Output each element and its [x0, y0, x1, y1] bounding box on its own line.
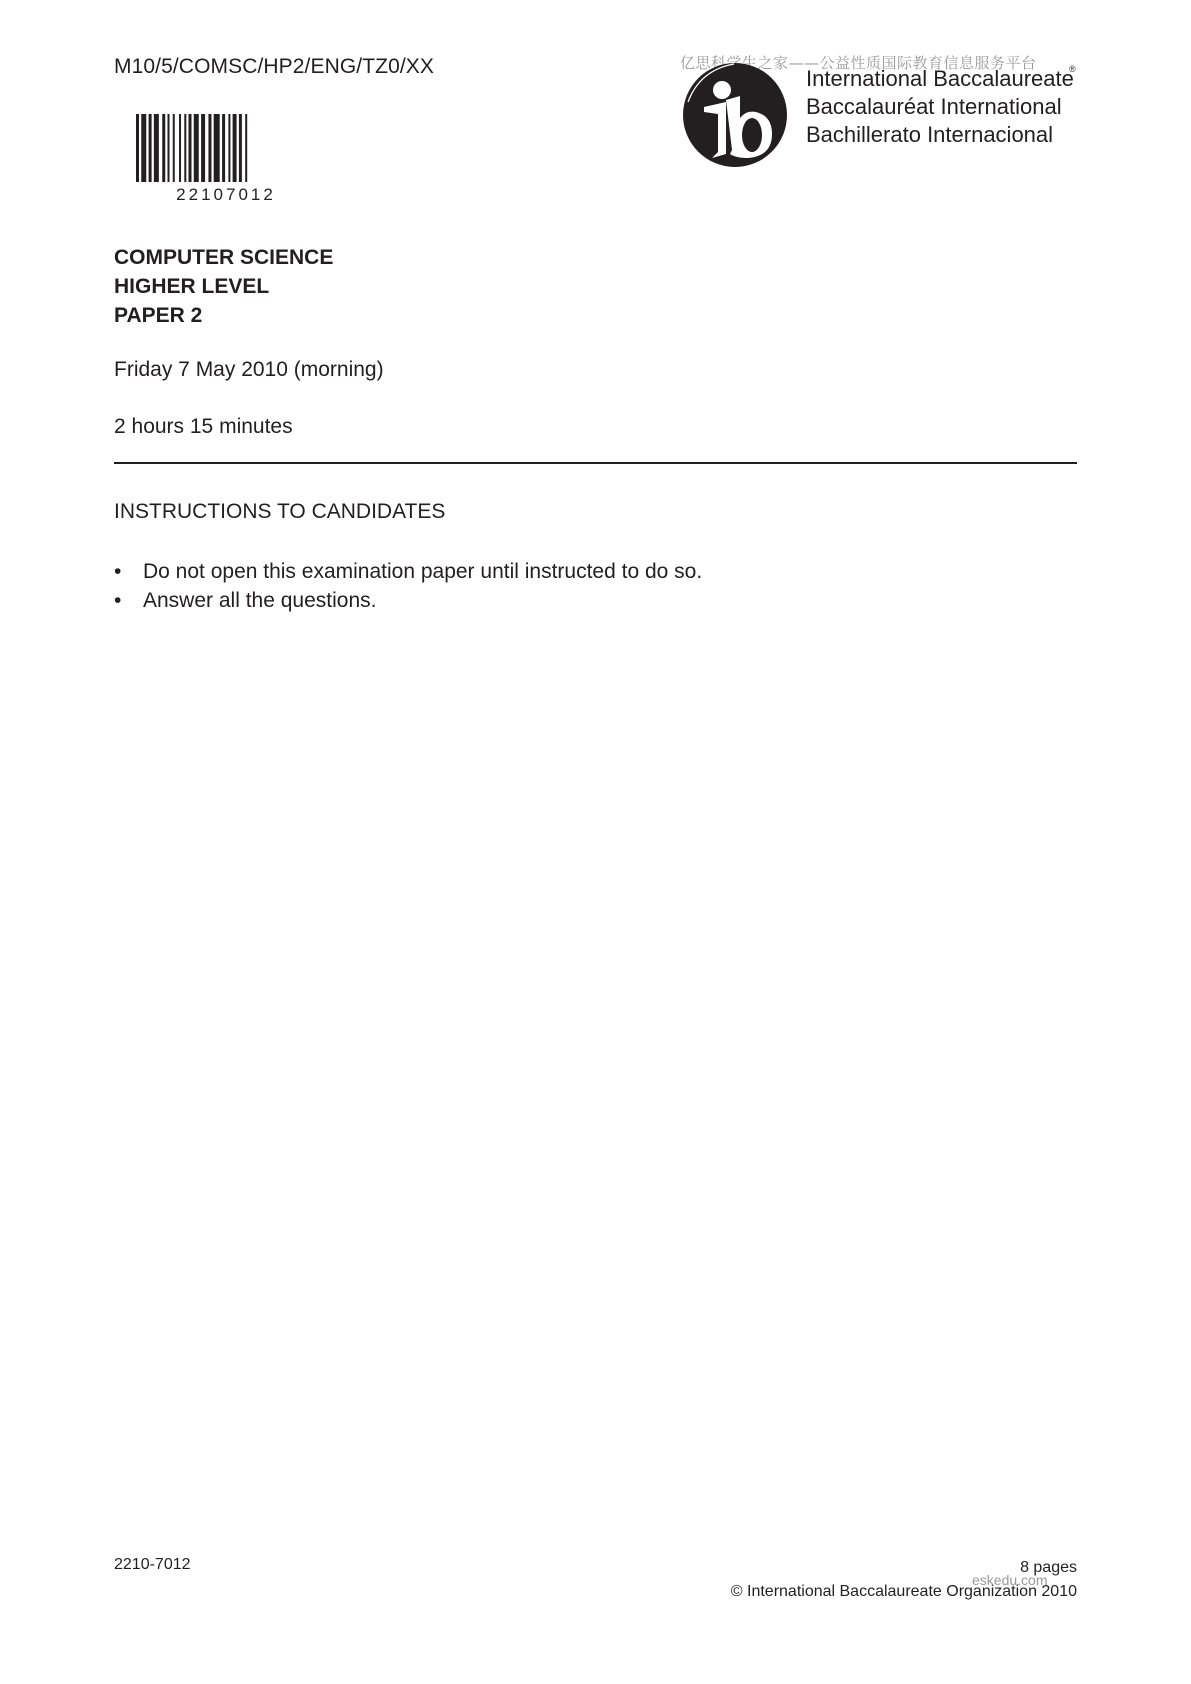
bullet-icon: •	[114, 557, 121, 586]
level-title: HIGHER LEVEL	[114, 272, 333, 301]
instructions-list: • Do not open this examination paper unt…	[114, 557, 702, 615]
watermark-bottom: eskedu.com	[972, 1572, 1047, 1588]
bullet-icon: •	[114, 586, 121, 615]
instructions-heading: INSTRUCTIONS TO CANDIDATES	[114, 500, 445, 524]
logo-line-spanish: Bachillerato Internacional	[806, 122, 1053, 148]
logo-line-french: Baccalauréat International	[806, 94, 1062, 120]
exam-duration: 2 hours 15 minutes	[114, 415, 293, 439]
registered-mark: ®	[1069, 64, 1076, 74]
footer-code: 2210-7012	[114, 1556, 191, 1574]
subject-title: COMPUTER SCIENCE	[114, 243, 333, 272]
exam-date: Friday 7 May 2010 (morning)	[114, 358, 384, 382]
list-item: • Answer all the questions.	[114, 586, 702, 615]
list-item: • Do not open this examination paper unt…	[114, 557, 702, 586]
barcode-icon	[136, 114, 316, 182]
paper-code: M10/5/COMSC/HP2/ENG/TZ0/XX	[114, 55, 434, 79]
divider	[114, 462, 1077, 464]
ib-logo-icon	[682, 62, 788, 168]
title-block: COMPUTER SCIENCE HIGHER LEVEL PAPER 2	[114, 243, 333, 330]
instruction-text: Answer all the questions.	[143, 589, 376, 612]
barcode-number: 22107012	[136, 185, 316, 205]
paper-title: PAPER 2	[114, 301, 333, 330]
logo-line-english: International Baccalaureate	[806, 66, 1074, 92]
instruction-text: Do not open this examination paper until…	[143, 560, 702, 583]
